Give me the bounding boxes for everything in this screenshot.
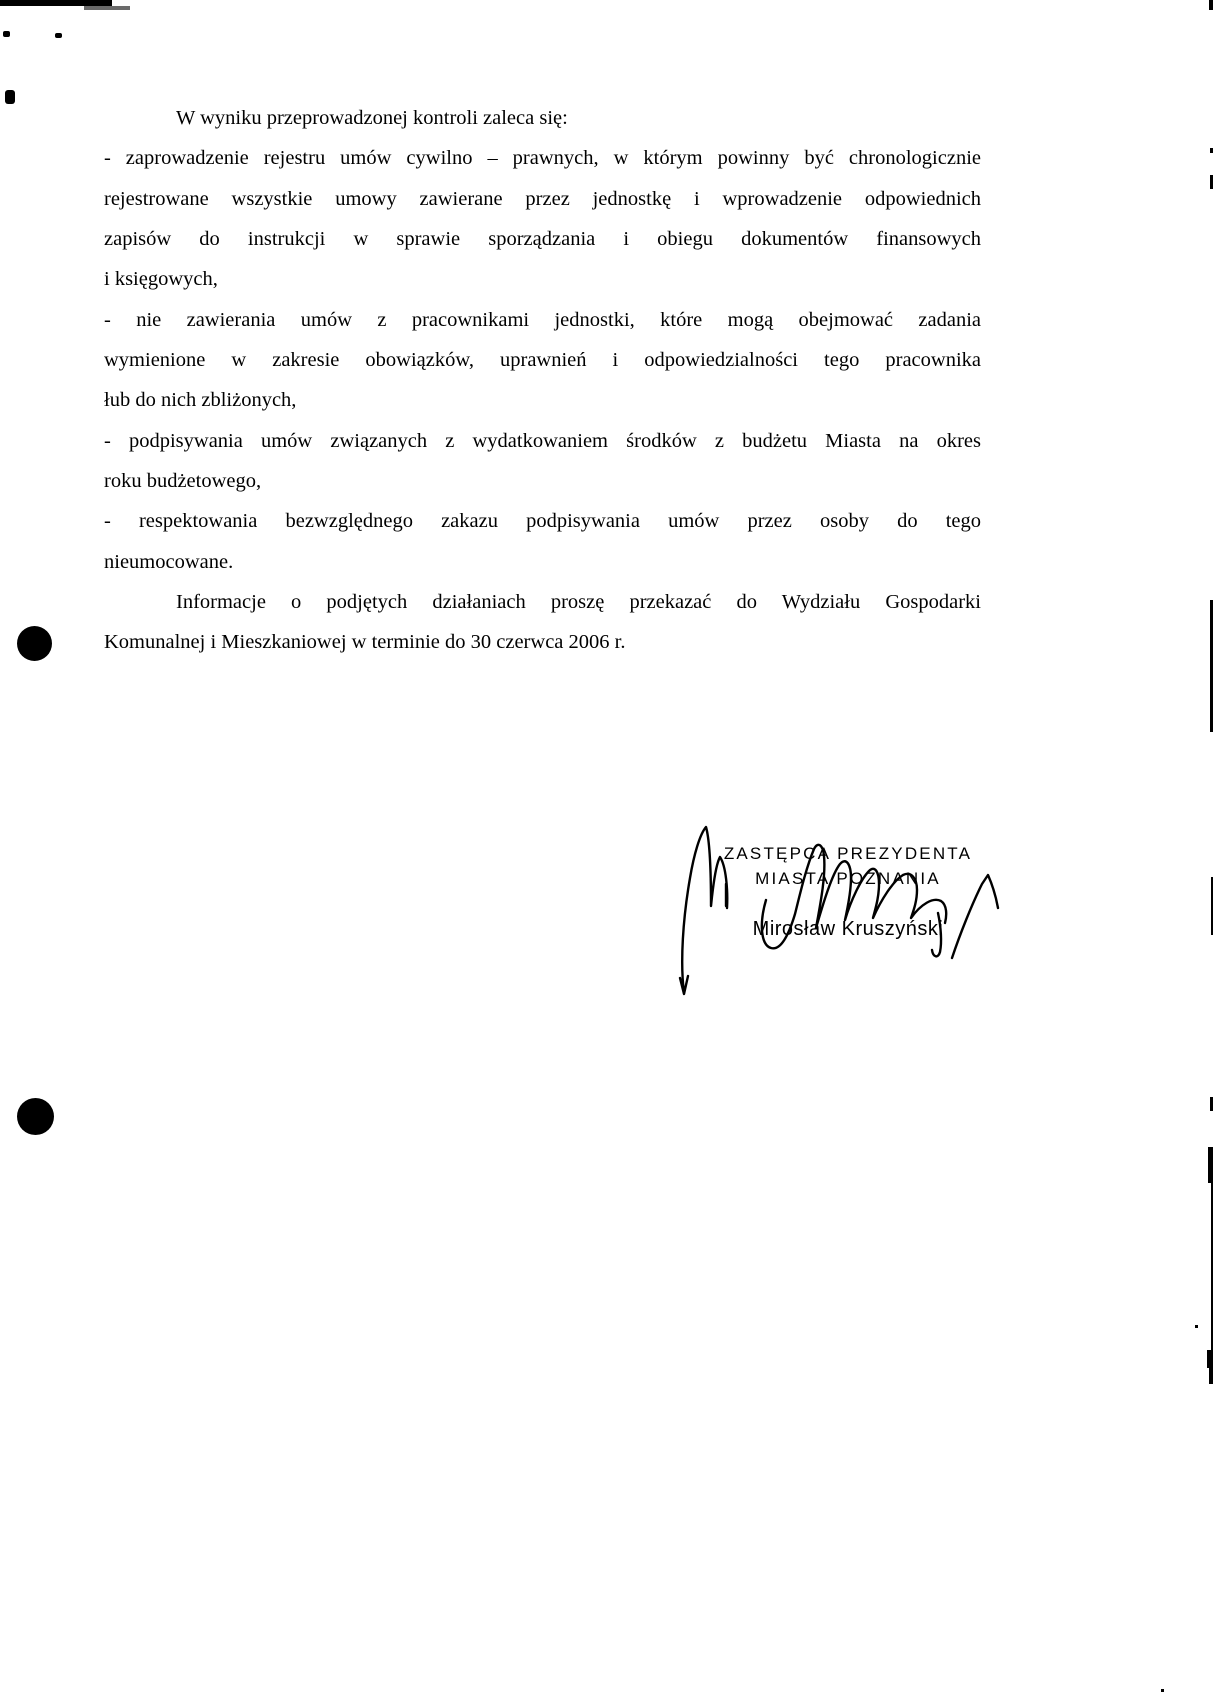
- document-line: W wyniku przeprowadzonej kontroli zaleca…: [104, 98, 981, 138]
- scan-artifact-speck: [5, 90, 15, 104]
- scan-artifact-speck: [55, 33, 62, 38]
- document-line: wymienione w zakresie obowiązków, uprawn…: [104, 340, 981, 380]
- scan-artifact-edge-line: [1208, 1147, 1213, 1183]
- document-line: - podpisywania umów związanych z wydatko…: [104, 421, 981, 461]
- handwritten-signature: [620, 815, 1020, 1010]
- document-line: zapisów do instrukcji w sprawie sporządz…: [104, 219, 981, 259]
- scan-artifact-speck: [1161, 1689, 1164, 1692]
- document-body: W wyniku przeprowadzonej kontroli zaleca…: [104, 98, 981, 663]
- document-line: Komunalnej i Mieszkaniowej w terminie do…: [104, 622, 981, 662]
- document-line: Informacje o podjętych działaniach prosz…: [104, 582, 981, 622]
- document-line: rejestrowane wszystkie umowy zawierane p…: [104, 179, 981, 219]
- scan-artifact-smudge: [84, 6, 130, 10]
- scan-artifact-edge-line: [1209, 1368, 1213, 1384]
- document-line: - nie zawierania umów z pracownikami jed…: [104, 300, 981, 340]
- scan-artifact-speck: [3, 31, 10, 37]
- scan-artifact-speck: [1195, 1325, 1198, 1328]
- document-line: nieumocowane.: [104, 542, 981, 582]
- hole-punch-mark: [17, 626, 52, 661]
- scanned-document-page: { "colors": { "ink": "#000000", "paper":…: [0, 0, 1213, 1701]
- document-line: roku budżetowego,: [104, 461, 981, 501]
- hole-punch-mark: [17, 1098, 54, 1135]
- document-line: i księgowych,: [104, 259, 981, 299]
- document-line: - respektowania bezwzględnego zakazu pod…: [104, 501, 981, 541]
- document-line: łub do nich zbliżonych,: [104, 380, 981, 420]
- document-line: - zaprowadzenie rejestru umów cywilno – …: [104, 138, 981, 178]
- scan-artifact-edge-line: [1207, 1350, 1213, 1368]
- scan-artifact-edge-line: [1209, 0, 1213, 10]
